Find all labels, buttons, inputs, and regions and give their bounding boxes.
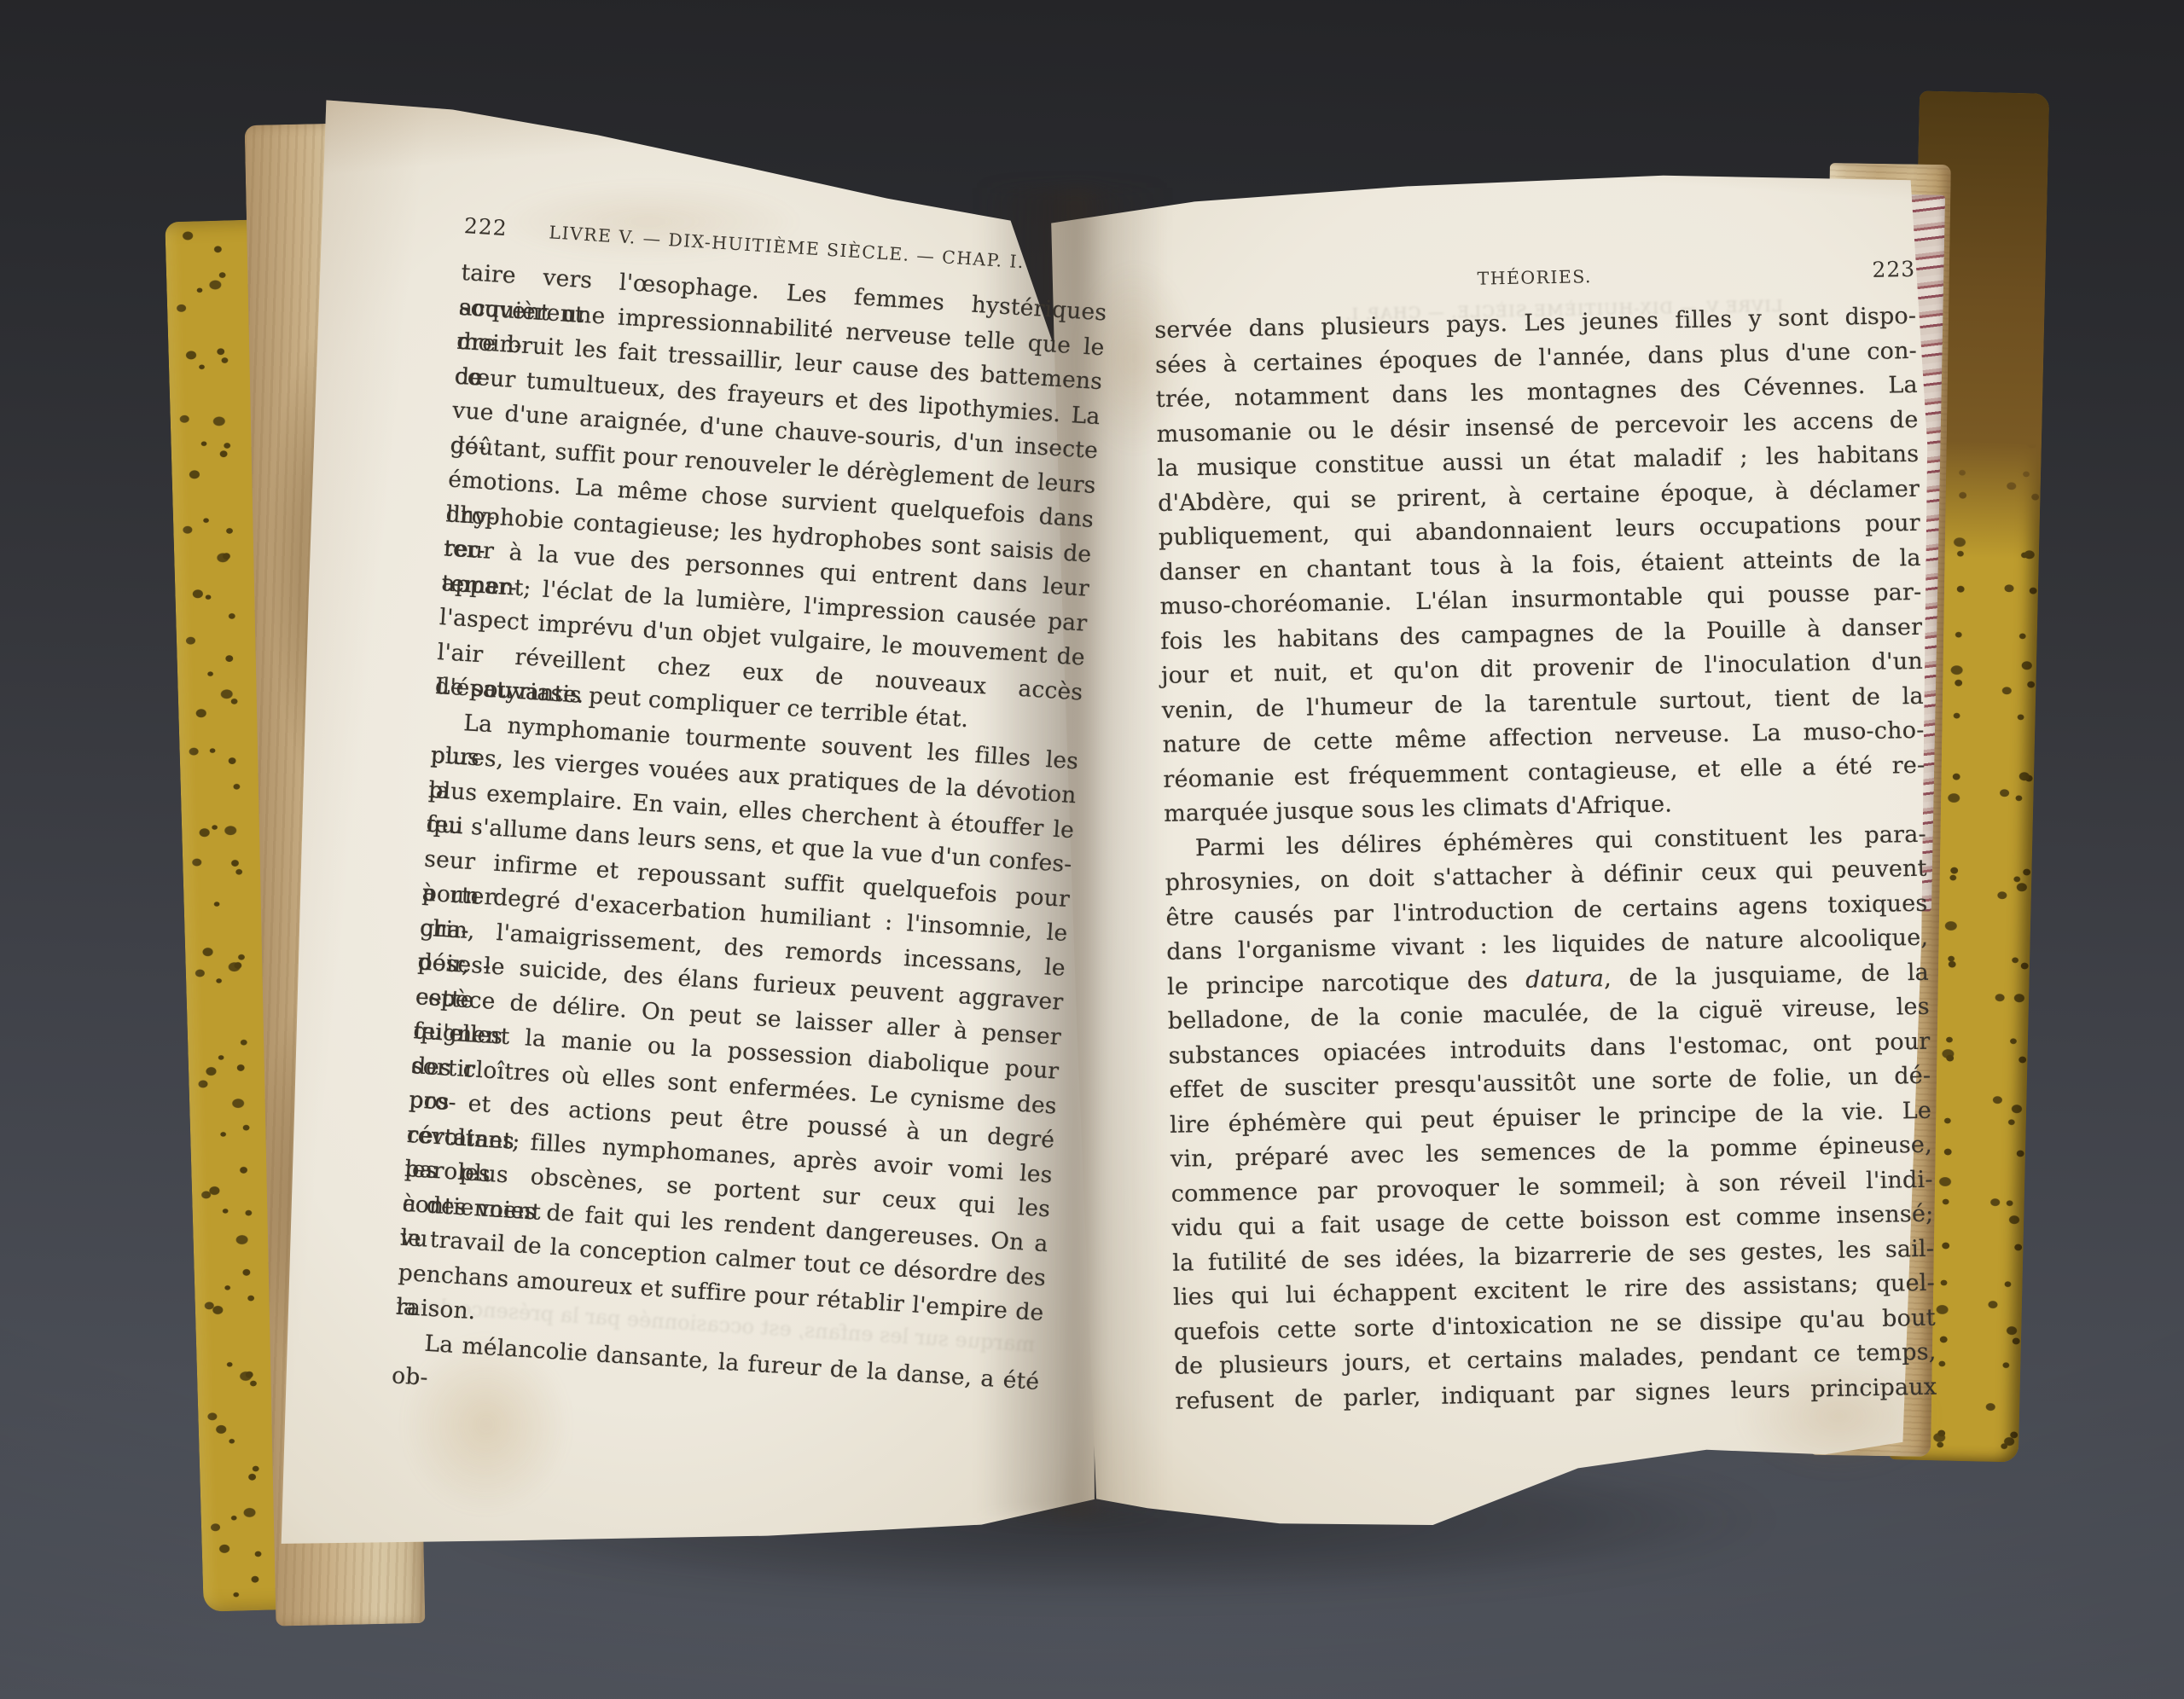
header-spacer bbox=[1153, 289, 1247, 291]
left-page-number: 222 bbox=[463, 213, 549, 243]
right-page-text: THÉORIES. 223 servée dans plusieurs pays… bbox=[1153, 257, 1937, 1419]
left-page-text: 222 LIVRE V. — DIX-HUITIÈME SIÈCLE. — CH… bbox=[392, 213, 1110, 1400]
right-text-column: servée dans plusieurs pays. Les jeunes f… bbox=[1154, 299, 1937, 1419]
header-spacer bbox=[1024, 268, 1109, 273]
right-page-number: 223 bbox=[1821, 257, 1916, 283]
italic-word: datura bbox=[1525, 965, 1604, 994]
text-segment: le principe narcotique des bbox=[1167, 966, 1526, 1000]
left-text-column: taire vers l'œsophage. Les femmes hystér… bbox=[392, 256, 1107, 1400]
text-segment: , de la jusquiame, de la bbox=[1604, 959, 1929, 991]
photo-background: 222 LIVRE V. — DIX-HUITIÈME SIÈCLE. — CH… bbox=[0, 0, 2184, 1699]
